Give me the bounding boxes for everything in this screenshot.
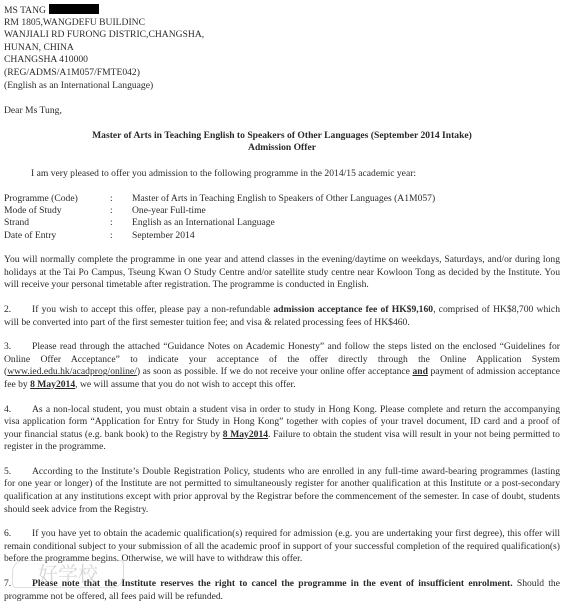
recipient-block: MS TANG RM 1805,WANGDEFU BUILDINC WANJIA… <box>4 4 560 92</box>
acceptance-fee: admission acceptance fee of HK$9,160 <box>273 304 433 315</box>
admission-letter: MS TANG RM 1805,WANGDEFU BUILDINC WANJIA… <box>4 4 560 603</box>
letter-heading: Master of Arts in Teaching English to Sp… <box>4 130 560 155</box>
deadline-date: 8 May2014 <box>30 379 75 390</box>
reference-code: (REG/ADMS/A1M057/FMTE042) <box>4 67 560 80</box>
detail-row: Mode of Study:One-year Full-time <box>4 205 435 217</box>
detail-row: Programme (Code):Master of Arts in Teach… <box>4 193 435 205</box>
programme-details: Programme (Code):Master of Arts in Teach… <box>4 193 435 243</box>
paragraph-6-conditional: 6.If you have yet to obtain the academic… <box>4 528 560 566</box>
paragraph-3-acceptance: 3.Please read through the attached “Guid… <box>4 341 560 391</box>
recipient-name: MS TANG <box>4 5 46 16</box>
address-line: WANJIALI RD FURONG DISTRIC,CHANGSHA, <box>4 29 560 42</box>
paragraph-schedule: You will normally complete the programme… <box>4 254 560 292</box>
strand-note: (English as an International Language) <box>4 80 560 93</box>
paragraph-7-cancellation: 7.Please note that the Institute reserve… <box>4 578 560 603</box>
intro-text: I am very pleased to offer you admission… <box>4 168 560 181</box>
paragraph-5-double-registration: 5.According to the Institute’s Double Re… <box>4 466 560 516</box>
online-application-link[interactable]: www.ied.edu.hk/acadprog/online/ <box>7 366 137 377</box>
address-line: HUNAN, CHINA <box>4 42 560 55</box>
detail-row: Date of Entry:September 2014 <box>4 230 435 242</box>
heading-title: Admission Offer <box>4 142 560 155</box>
deadline-date: 8 May2014 <box>223 429 268 440</box>
paragraph-2-fees: 2.If you wish to accept this offer, plea… <box>4 304 560 329</box>
salutation: Dear Ms Tung, <box>4 105 560 118</box>
address-line: CHANGSHA 410000 <box>4 54 560 67</box>
redacted-name <box>49 4 99 14</box>
paragraph-4-visa: 4.As a non-local student, you must obtai… <box>4 404 560 454</box>
detail-row: Strand:English as an International Langu… <box>4 217 435 229</box>
address-line: RM 1805,WANGDEFU BUILDINC <box>4 17 560 30</box>
heading-programme: Master of Arts in Teaching English to Sp… <box>4 130 560 143</box>
